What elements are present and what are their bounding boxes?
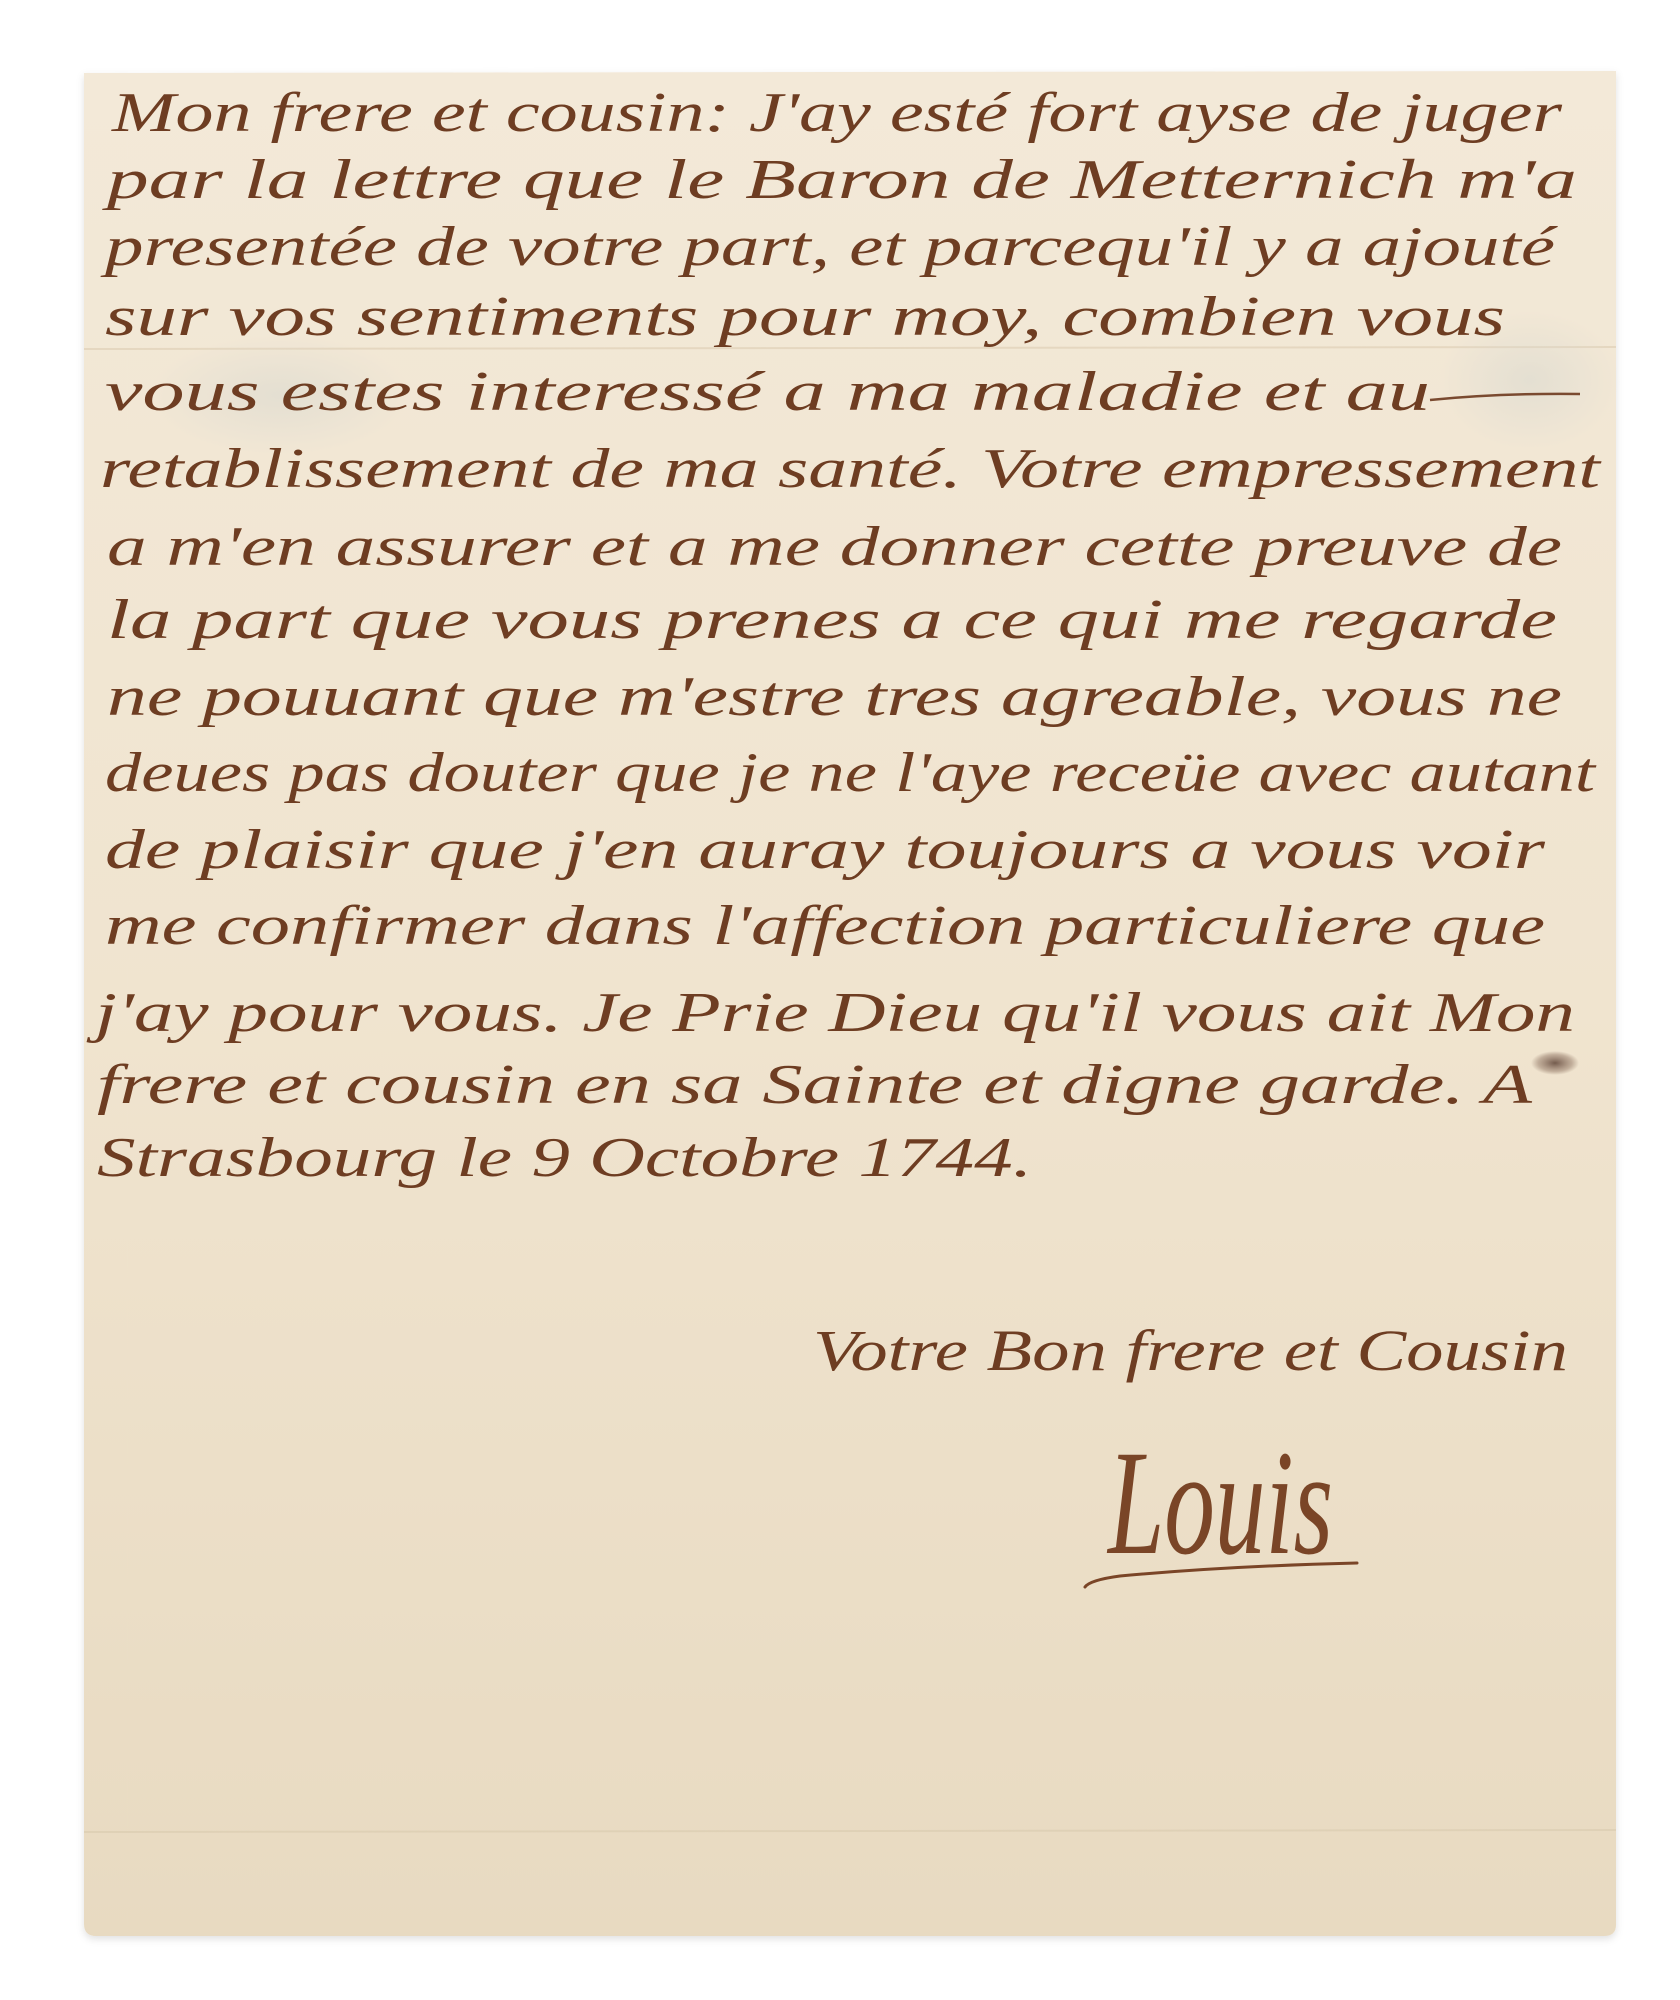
letter-line: de plaisir que j'en auray toujours a vou…: [105, 819, 1545, 881]
letter-line: a m'en assurer et a me donner cette preu…: [107, 516, 1562, 578]
ink-smudge: [1531, 1051, 1579, 1075]
letter-line: sur vos sentiments pour moy, combien vou…: [105, 286, 1505, 348]
letter-page: Mon frere et cousin: J'ay esté fort ayse…: [0, 0, 1680, 2000]
letter-line: par la lettre que le Baron de Metternich…: [101, 149, 1577, 211]
letter-line: presentée de votre part, et parcequ'il y…: [100, 216, 1558, 278]
letter-line: Mon frere et cousin: J'ay esté fort ayse…: [111, 82, 1563, 144]
letter-closing: Votre Bon frere et Cousin: [813, 1318, 1568, 1383]
letter-line: vous estes interessé a ma maladie et au: [105, 361, 1430, 423]
letter-line: ne pouuant que m'estre tres agreable, vo…: [107, 666, 1562, 728]
letter-line: me confirmer dans l'affection particulie…: [105, 895, 1545, 957]
letter-line: j'ay pour vous. Je Prie Dieu qu'il vous …: [87, 982, 1575, 1044]
letter-body: Mon frere et cousin: J'ay esté fort ayse…: [87, 82, 1602, 1189]
letter-line: frere et cousin en sa Sainte et digne ga…: [97, 1054, 1533, 1116]
signature: Louis: [1107, 1420, 1333, 1586]
signature-block: Louis: [1085, 1420, 1357, 1587]
letter-line: deues pas douter que je ne l'aye receüe …: [105, 742, 1597, 804]
letter-line: Strasbourg le 9 Octobre 1744.: [97, 1127, 1032, 1189]
letter-line: retablissement de ma santé. Votre empres…: [100, 438, 1602, 500]
letter-line: la part que vous prenes a ce qui me rega…: [107, 589, 1557, 651]
